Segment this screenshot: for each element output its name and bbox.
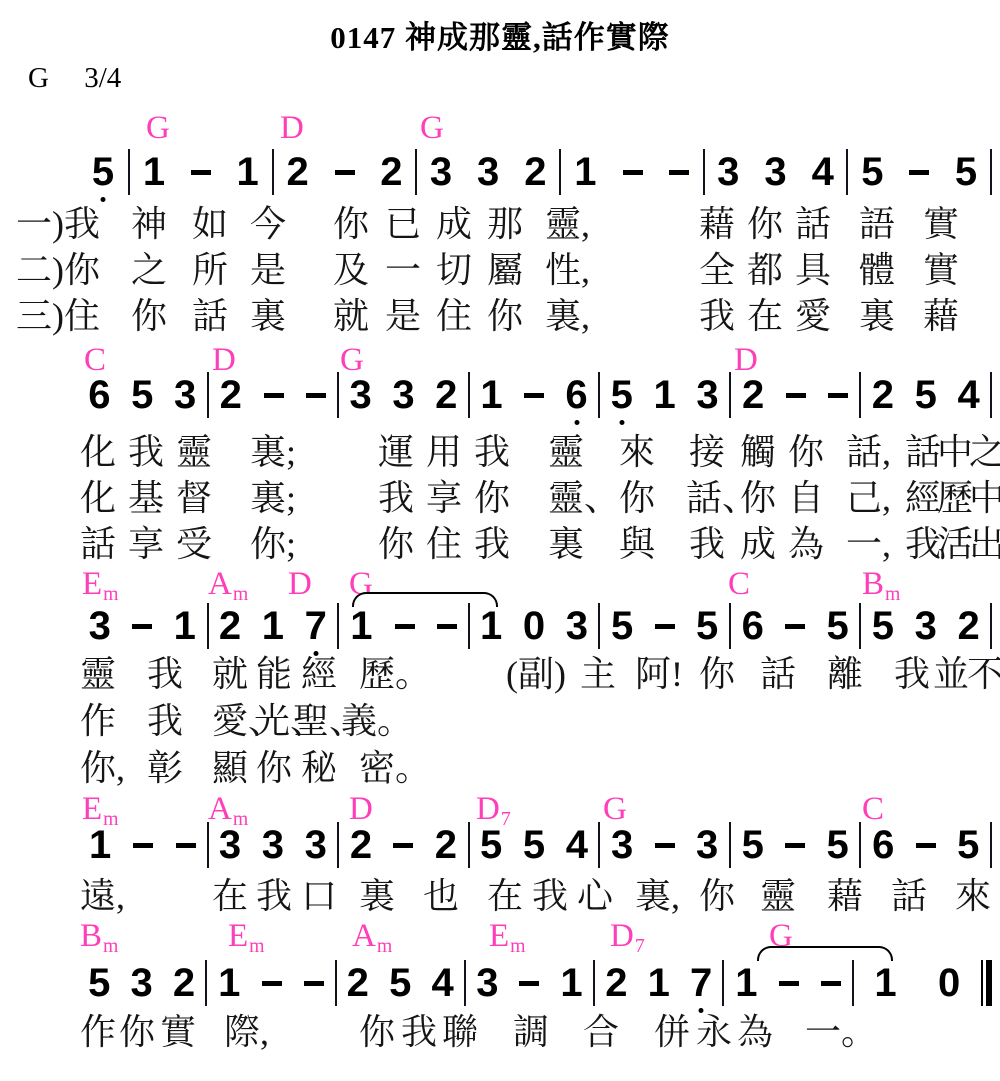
chord-subscript: m — [510, 935, 525, 957]
lyric-text: 督 — [176, 480, 212, 518]
lyric-text: 作 — [80, 1014, 116, 1052]
chord-root: G — [146, 110, 170, 146]
lyric-text: 話, — [846, 434, 891, 472]
measure: 1 — [339, 600, 468, 652]
lyric-text: 來 — [955, 878, 991, 916]
lyric-text: 併 — [654, 1014, 690, 1052]
note-digit: 4 — [566, 825, 588, 865]
note-digit: 3 — [566, 606, 588, 646]
lyric-text: 是 — [250, 252, 286, 290]
chord-root: D — [280, 110, 304, 146]
note-digit: 1 — [143, 152, 165, 192]
note-digit: 5 — [131, 375, 153, 415]
duration-dash — [335, 170, 355, 175]
lyric-text: 你 — [747, 206, 783, 244]
measure: 65 — [731, 600, 860, 652]
lyric-text: 靈 — [548, 434, 584, 472]
lyric-text: 靈, — [545, 206, 590, 244]
note-digit: 2 — [350, 825, 372, 865]
lyric-text: 你, — [80, 750, 125, 788]
lyric-text: 運 — [378, 434, 414, 472]
measure: 22 — [339, 819, 468, 871]
lyric-text: 藉 — [699, 206, 735, 244]
note-digit: 2 — [220, 375, 242, 415]
lyric-text: 你 — [487, 298, 523, 336]
note-digit: 1 — [237, 152, 259, 192]
measure: 65 — [861, 819, 990, 871]
tie-arc — [757, 946, 893, 961]
note-digit: 0 — [938, 963, 960, 1003]
chord-symbol: Em — [82, 568, 119, 601]
note-digit: 3 — [305, 825, 327, 865]
note-digit: 3 — [477, 152, 499, 192]
note-digit: 2 — [380, 152, 402, 192]
lyric-text: 及 — [333, 252, 369, 290]
duration-dash — [821, 981, 841, 986]
note-digit: 1 — [174, 606, 196, 646]
chord-root: D — [610, 918, 634, 954]
lyric-text: 作 — [80, 703, 116, 741]
note-digit: 5 — [611, 606, 633, 646]
lyric-text: 中 — [937, 434, 973, 472]
duration-dash — [191, 170, 211, 175]
duration-dash — [393, 843, 413, 848]
barline — [990, 822, 992, 868]
note-digit: 2 — [605, 963, 627, 1003]
duration-dash — [395, 624, 415, 629]
note-digit: 2 — [287, 152, 309, 192]
note-digit: 6 — [872, 825, 894, 865]
duration-dash — [785, 624, 805, 629]
lyric-text: 住 — [426, 526, 462, 564]
note-digit: 2 — [742, 375, 764, 415]
lyric-text: 之 — [131, 252, 167, 290]
lyric-text: 合 — [583, 1014, 619, 1052]
chord-symbol: D — [280, 112, 304, 145]
lyric-text: 調 — [513, 1014, 549, 1052]
duration-dash — [655, 843, 675, 848]
measure: 1 — [207, 957, 334, 1009]
chord-root: E — [489, 918, 509, 954]
lyric-text: 藉 — [923, 298, 959, 336]
lyric-text: 話 — [192, 298, 228, 336]
lyric-text: 密。 — [359, 750, 431, 788]
time-signature: 3/4 — [84, 62, 121, 94]
note-digit: 3 — [131, 963, 153, 1003]
lyric-text: 屬 — [487, 252, 523, 290]
duration-dash — [623, 170, 643, 175]
chord-symbol: G — [146, 112, 170, 145]
duration-dash — [828, 393, 848, 398]
lyric-text: 你 — [788, 434, 824, 472]
measure: 333 — [209, 819, 338, 871]
barline — [990, 149, 992, 195]
note-digit: 5 — [957, 825, 979, 865]
chord-subscript: m — [249, 935, 264, 957]
note-digit: 1 — [648, 963, 670, 1003]
note-digit: 0 — [523, 606, 545, 646]
final-barline — [981, 960, 992, 1006]
lyric-text: 中 — [969, 480, 1000, 518]
lyric-text: 秘 — [301, 750, 337, 788]
lyric-text: 我 — [894, 656, 930, 694]
note-digit: 3 — [915, 606, 937, 646]
lyric-text: 話 — [905, 434, 941, 472]
duration-dash — [909, 170, 929, 175]
lyric-text: 實 — [923, 206, 959, 244]
lyric-text: 都 — [747, 252, 783, 290]
note-digit: 1 — [350, 606, 372, 646]
lyric-text: 實 — [160, 1014, 196, 1052]
note-digit: 1 — [874, 963, 896, 1003]
duration-dash — [133, 843, 153, 848]
lyric-text: 靈 — [176, 434, 212, 472]
lyric-text: 裏 — [548, 526, 584, 564]
lyric-text: 話 — [80, 526, 116, 564]
duration-dash — [669, 170, 689, 175]
lyric-text: 切 — [436, 252, 472, 290]
lyric-text: 離 — [827, 656, 863, 694]
chord-subscript: m — [377, 935, 392, 957]
chord-symbol: Em — [228, 920, 265, 953]
chord-symbol: G — [420, 112, 444, 145]
note-digit: 4 — [431, 963, 453, 1003]
measure: 332 — [417, 146, 559, 198]
lyric-text: 我 — [378, 480, 414, 518]
lyric-text: 裏; — [250, 480, 296, 518]
note-digit: 3 — [89, 606, 111, 646]
measure: 554 — [470, 819, 599, 871]
note-digit: 5 — [611, 375, 633, 415]
lyric-text: 在 — [747, 298, 783, 336]
measure: 334 — [705, 146, 847, 198]
lyric-text: 我 — [128, 434, 164, 472]
note-digit: 3 — [219, 825, 241, 865]
lyric-text: 裏, — [545, 298, 590, 336]
note-digit: 5 — [742, 825, 764, 865]
note-digit: 3 — [349, 375, 371, 415]
note-digit: 5 — [389, 963, 411, 1003]
music-line: 6532332165132254 — [78, 369, 992, 421]
note-digit: 6 — [565, 375, 587, 415]
lyric-text: 我 — [147, 703, 183, 741]
music-line: 532125431217110 — [78, 957, 992, 1009]
lyric-text: 實 — [923, 252, 959, 290]
lyric-text: 話 — [760, 656, 796, 694]
note-digit: 5 — [915, 375, 937, 415]
key-signature: G 3/4 — [28, 62, 121, 95]
lyric-text: 一, — [846, 526, 891, 564]
note-digit: 3 — [430, 152, 452, 192]
thin-bar — [981, 960, 983, 1006]
measure: 2 — [209, 369, 338, 421]
duration-dash — [264, 393, 284, 398]
lyric-text: 活 — [937, 526, 973, 564]
note-digit: 2 — [219, 606, 241, 646]
note-digit: 2 — [173, 963, 195, 1003]
note-digit: 4 — [957, 375, 979, 415]
chord-subscript: 7 — [635, 935, 645, 957]
duration-dash — [655, 624, 675, 629]
lyric-text: 你 — [131, 298, 167, 336]
chord-symbol: Bm — [862, 568, 900, 601]
lyric-text: 在 — [212, 878, 248, 916]
pickup-measure: 5 — [78, 146, 128, 198]
lyric-text: 受 — [176, 526, 212, 564]
lyric-text: 成 — [740, 526, 776, 564]
note-digit: 5 — [955, 152, 977, 192]
lyric-text: 靈 — [760, 878, 796, 916]
measure: 532 — [861, 600, 990, 652]
lyric-text: 住 — [436, 298, 472, 336]
lyric-text: 靈 — [80, 656, 116, 694]
duration-dash — [786, 393, 806, 398]
note-digit: 2 — [435, 375, 457, 415]
lyric-text: 愛 — [795, 298, 831, 336]
lyric-text: 自 — [788, 480, 824, 518]
lyric-text: 靈、 — [548, 480, 620, 518]
chord-subscript: m — [103, 935, 118, 957]
duration-dash — [176, 843, 196, 848]
measure: 532 — [78, 957, 205, 1009]
note-digit: 5 — [92, 152, 114, 192]
note-digit: 2 — [524, 152, 546, 192]
lyric-text: 享 — [128, 526, 164, 564]
lyric-text: 能 — [256, 656, 292, 694]
lyric-text: 已 — [385, 206, 421, 244]
note-digit: 2 — [872, 375, 894, 415]
tie-arc — [352, 592, 498, 607]
duration-dash — [524, 393, 544, 398]
note-digit: 5 — [88, 963, 110, 1003]
measure: 11 — [130, 146, 272, 198]
lyric-text: 所 — [192, 252, 228, 290]
chord-root: A — [208, 566, 232, 602]
measure: 653 — [78, 369, 207, 421]
lyric-text: 神 — [131, 206, 167, 244]
measure: 254 — [861, 369, 990, 421]
note-digit: 2 — [435, 825, 457, 865]
lyric-text: 體 — [859, 252, 895, 290]
note-digit: 5 — [872, 606, 894, 646]
lyric-text: 全 — [699, 252, 735, 290]
note-digit: 3 — [696, 825, 718, 865]
lyric-text: 你 — [699, 656, 735, 694]
chord-root: G — [420, 110, 444, 146]
lyric-text: 義。 — [341, 703, 413, 741]
lyric-text: 裏 — [859, 298, 895, 336]
chord-root: D — [288, 566, 312, 602]
duration-dash — [132, 624, 152, 629]
lyric-text: 也 — [423, 878, 459, 916]
lyric-text: 就 — [212, 656, 248, 694]
measure: 1 — [561, 146, 703, 198]
chord-symbol: Am — [352, 920, 392, 953]
lyric-text: (副) — [506, 656, 566, 694]
lyric-text: 觸 — [740, 434, 776, 472]
measure: 22 — [274, 146, 416, 198]
chord-symbol: Bm — [80, 920, 118, 953]
note-digit: 4 — [812, 152, 834, 192]
lyric-text: 我 — [689, 526, 725, 564]
chord-root: E — [228, 918, 248, 954]
note-digit: 5 — [827, 606, 849, 646]
lyric-text: 我 — [474, 526, 510, 564]
lyric-text: 語 — [859, 206, 895, 244]
note-digit: 5 — [696, 606, 718, 646]
measure: 55 — [600, 600, 729, 652]
lyric-text: 歷。 — [359, 656, 431, 694]
note-digit: 3 — [611, 825, 633, 865]
lyric-text: 我 — [905, 526, 941, 564]
page-title: 0147 神成那靈,話作實際 — [0, 12, 1000, 57]
low-octave-dot — [101, 197, 106, 202]
lyric-text: 歷 — [937, 480, 973, 518]
lyric-text: 經 — [905, 480, 941, 518]
duration-dash — [785, 843, 805, 848]
lyric-text: 我 — [401, 1014, 437, 1052]
lyric-text: 口 — [301, 878, 337, 916]
low-octave-dot — [574, 420, 579, 425]
note-digit: 1 — [480, 375, 502, 415]
music-line: 3121711035565532 — [78, 600, 992, 652]
lyric-text: 今 — [250, 206, 286, 244]
lyric-text: 顯 — [212, 750, 248, 788]
measure: 513 — [600, 369, 729, 421]
lyric-text: 你 — [359, 1014, 395, 1052]
lyric-text: 那 — [487, 206, 523, 244]
lyric-text: 你 — [333, 206, 369, 244]
lyric-text: 我 — [699, 298, 735, 336]
music-line: 51122332133455 — [78, 146, 992, 198]
note-digit: 3 — [392, 375, 414, 415]
note-digit: 5 — [861, 152, 883, 192]
note-digit: 6 — [88, 375, 110, 415]
note-digit: 1 — [262, 606, 284, 646]
note-digit: 3 — [764, 152, 786, 192]
measure: 33 — [600, 819, 729, 871]
lyric-text: 你 — [119, 1014, 155, 1052]
measure: 254 — [337, 957, 464, 1009]
lyric-text: 三)住 — [16, 298, 100, 336]
barline — [990, 372, 992, 418]
lyric-text: 你; — [250, 526, 296, 564]
lyric-text: 接 — [689, 434, 725, 472]
key-label: G — [28, 62, 49, 94]
lyric-text: 出 — [969, 526, 1000, 564]
duration-dash — [304, 981, 324, 986]
note-digit: 7 — [305, 606, 327, 646]
chord-root: C — [728, 566, 750, 602]
measure: 332 — [339, 369, 468, 421]
lyric-text: 為 — [788, 526, 824, 564]
barline — [990, 603, 992, 649]
lyric-text: 化 — [80, 480, 116, 518]
chord-symbol: C — [728, 568, 750, 601]
lyric-text: 永 — [696, 1014, 732, 1052]
lyric-text: 你 — [474, 480, 510, 518]
measure: 217 — [595, 957, 722, 1009]
note-digit: 1 — [560, 963, 582, 1003]
measure: 31 — [466, 957, 593, 1009]
lyric-text: 我 — [147, 656, 183, 694]
note-digit: 2 — [347, 963, 369, 1003]
chord-symbol: D7 — [610, 920, 645, 953]
chord-symbol: Em — [489, 920, 526, 953]
chord-root: B — [862, 566, 884, 602]
sheet-page: 0147 神成那靈,話作實際 G 3/4 GDGCDGDEmAmDGCBmEmA… — [0, 0, 1000, 1081]
lyric-text: 具 — [795, 252, 831, 290]
note-digit: 1 — [218, 963, 240, 1003]
measure: 55 — [848, 146, 990, 198]
lyric-text: 如 — [192, 206, 228, 244]
lyric-text: 並 — [933, 656, 969, 694]
duration-dash — [306, 393, 326, 398]
measure: 31 — [78, 600, 207, 652]
note-digit: 5 — [827, 825, 849, 865]
measure: 10 — [854, 957, 981, 1009]
lyric-text: 二)你 — [16, 252, 100, 290]
lyric-text: 己, — [846, 480, 891, 518]
measure: 103 — [470, 600, 599, 652]
lyric-text: 你 — [699, 878, 735, 916]
lyric-text: 話 — [795, 206, 831, 244]
lyric-text: 際, — [224, 1014, 269, 1052]
measure: 1 — [724, 957, 851, 1009]
note-digit: 1 — [735, 963, 757, 1003]
duration-dash — [519, 981, 539, 986]
note-digit: 7 — [690, 963, 712, 1003]
lyric-text: 你 — [740, 480, 776, 518]
lyric-text: 一)我 — [16, 206, 100, 244]
lyric-text: 性, — [545, 252, 590, 290]
measure: 217 — [209, 600, 338, 652]
lyric-text: 與 — [619, 526, 655, 564]
note-digit: 1 — [653, 375, 675, 415]
lyric-text: 你 — [619, 480, 655, 518]
lyric-text: 你 — [256, 750, 292, 788]
lyric-text: 化 — [80, 434, 116, 472]
lyric-text: 聯 — [442, 1014, 478, 1052]
lyric-text: 不 — [967, 656, 1000, 694]
lyric-text: 經 — [301, 656, 337, 694]
lyric-text: 在 — [487, 878, 523, 916]
thick-bar — [986, 960, 992, 1006]
lyric-text: 成 — [436, 206, 472, 244]
lyric-text: 裏, — [635, 878, 680, 916]
note-digit: 3 — [717, 152, 739, 192]
note-digit: 3 — [476, 963, 498, 1003]
measure: 16 — [470, 369, 599, 421]
lyric-text: 我 — [532, 878, 568, 916]
lyric-text: 享 — [426, 480, 462, 518]
low-octave-dot — [619, 420, 624, 425]
lyric-text: 一。 — [805, 1014, 877, 1052]
duration-dash — [916, 843, 936, 848]
chord-symbol: Am — [208, 568, 248, 601]
chord-symbol: D — [288, 568, 312, 601]
chord-root: B — [80, 918, 102, 954]
lyric-text: 話 — [891, 878, 927, 916]
note-digit: 1 — [89, 825, 111, 865]
lyric-text: 裏 — [359, 878, 395, 916]
music-line: 133322554335565 — [78, 819, 992, 871]
lyric-text: 用 — [426, 434, 462, 472]
note-digit: 3 — [262, 825, 284, 865]
note-digit: 2 — [957, 606, 979, 646]
lyric-text: 我 — [474, 434, 510, 472]
measure: 2 — [731, 369, 860, 421]
